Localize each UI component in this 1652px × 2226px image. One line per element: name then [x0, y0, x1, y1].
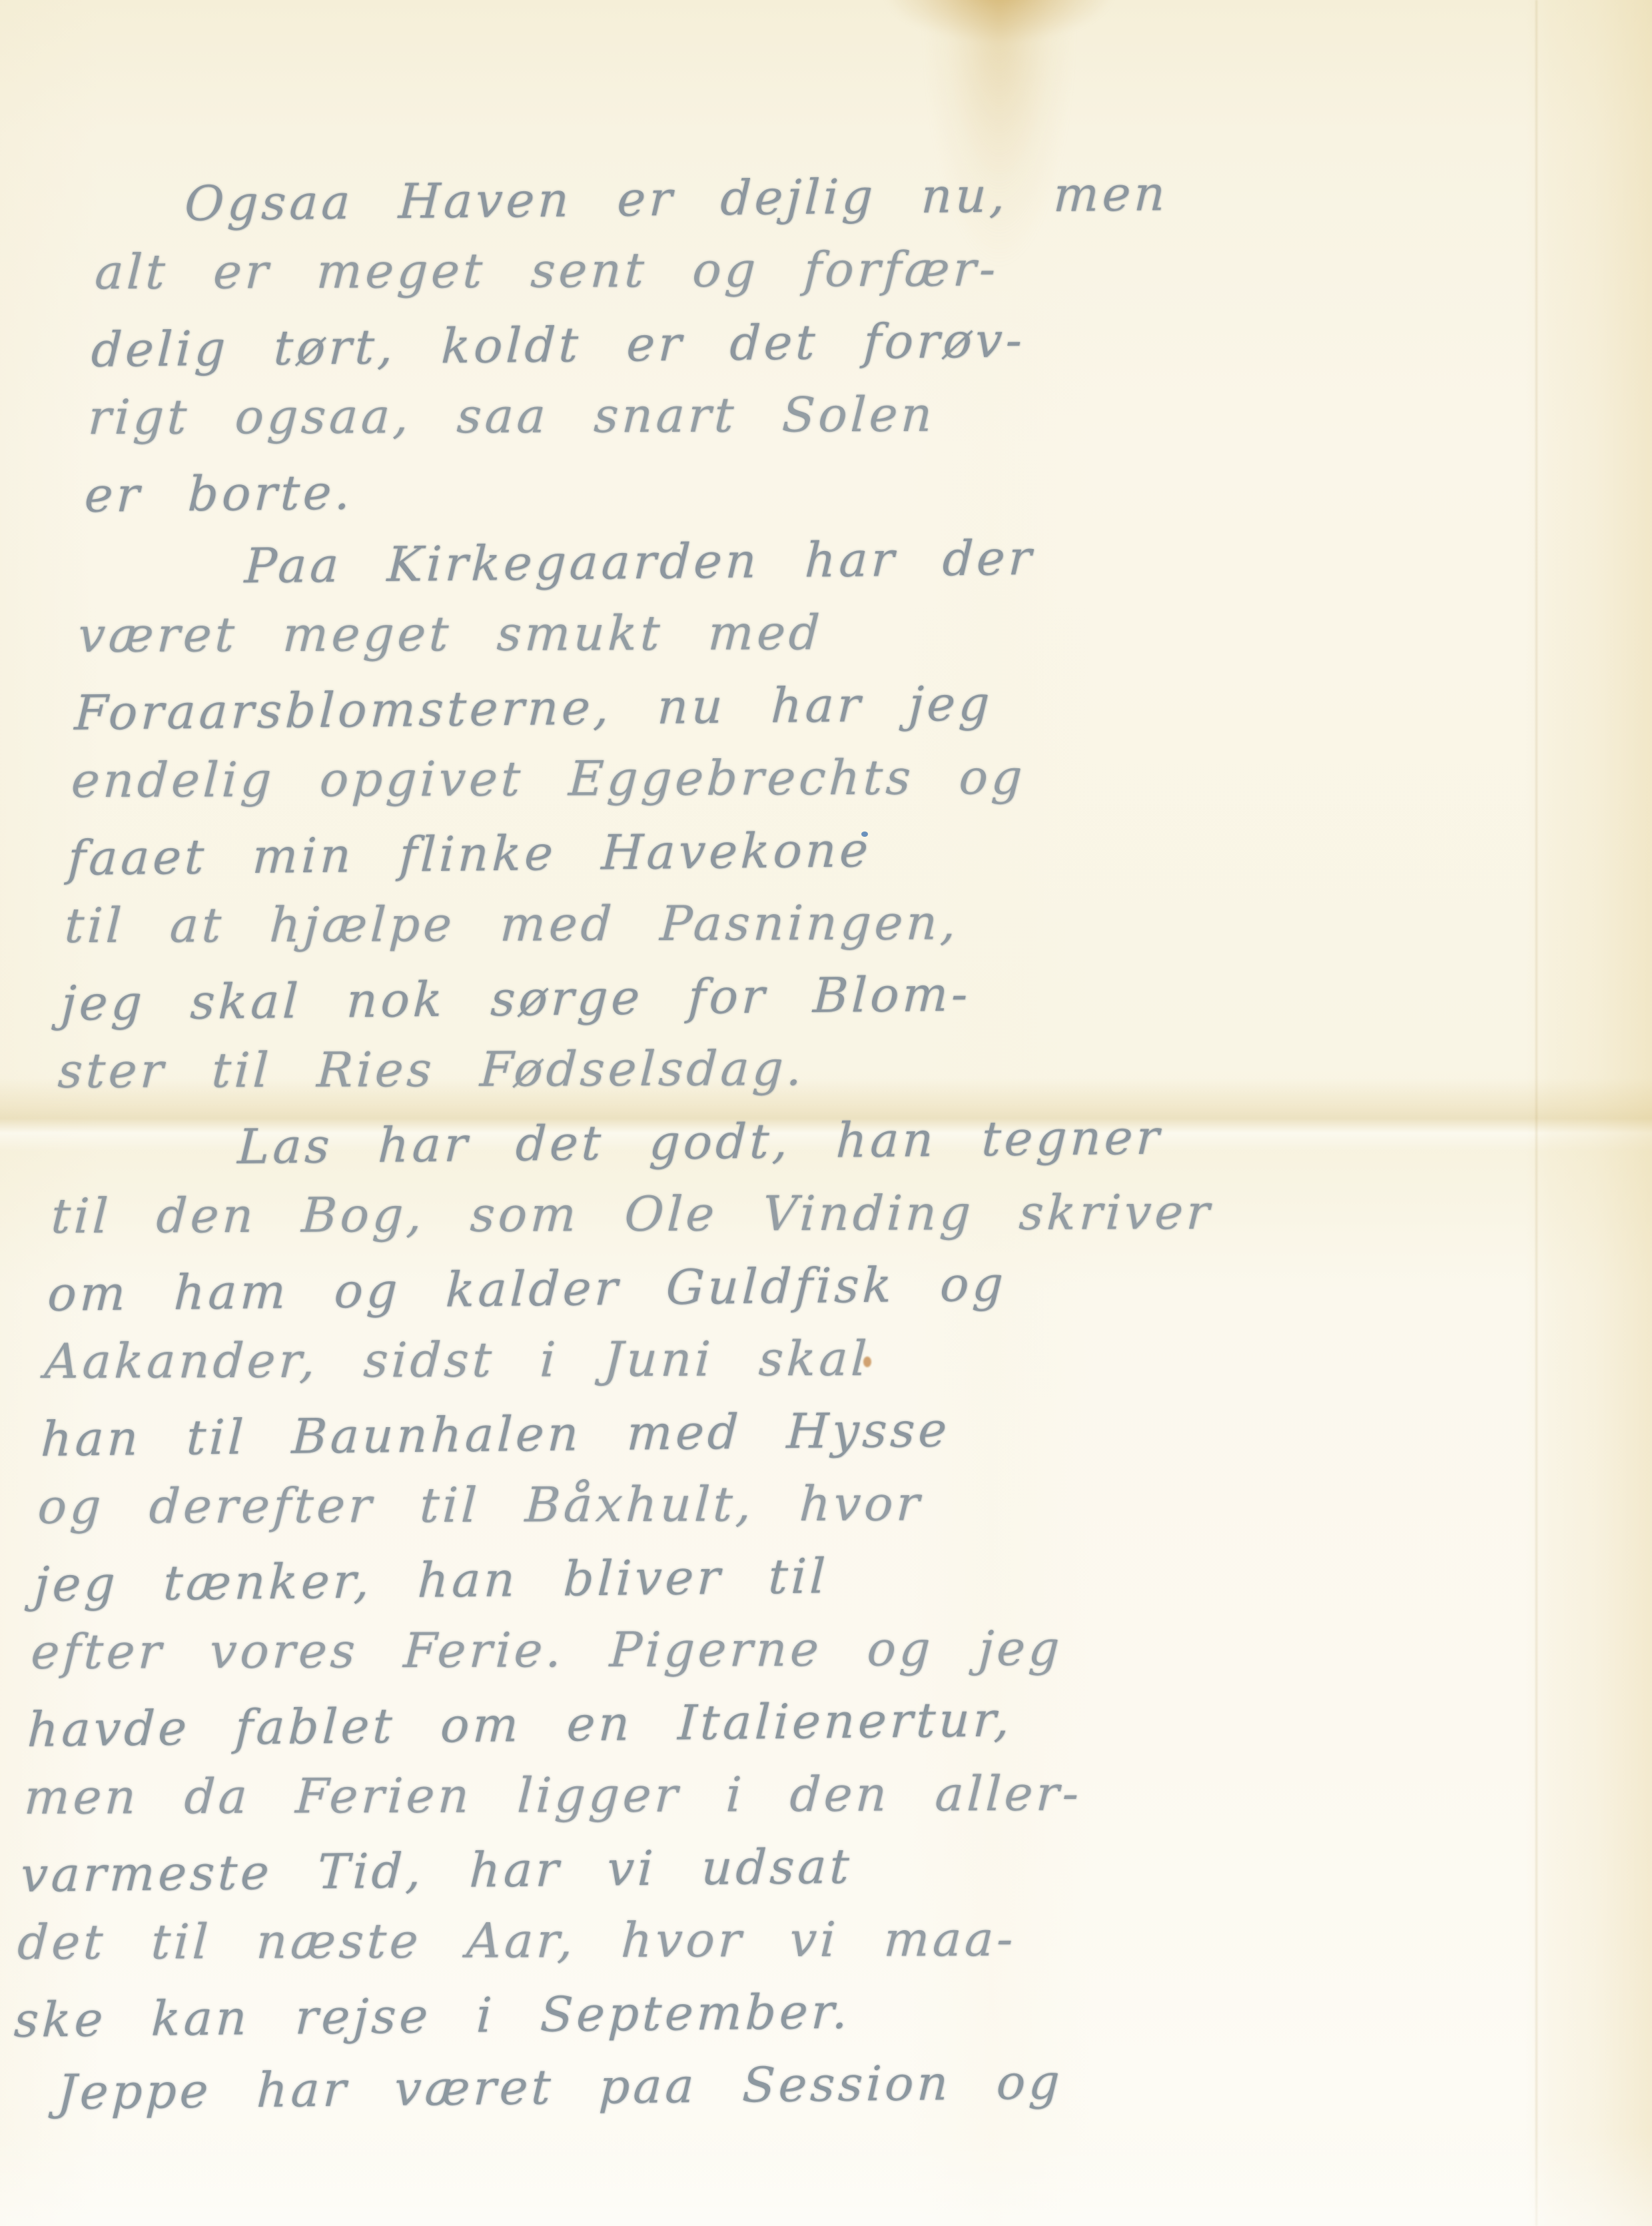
handwritten-line: Las har det godt, han tegner [53, 1097, 1542, 1185]
handwritten-line: men da Ferien ligger i den aller- [23, 1756, 1512, 1834]
letter-page: Ogsaa Haven er dejlig nu, menalt er mege… [0, 0, 1652, 2226]
handwritten-line: havde fablet om en Italienertur, [26, 1678, 1515, 1766]
handwritten-line: Jeppe har været paa Session og [9, 2041, 1499, 2129]
letter-paragraph: Paa Kirkegaarden har derværet meget smuk… [56, 519, 1569, 1109]
handwritten-line: det til næste Aar, hvor vi maa- [16, 1901, 1505, 1979]
handwritten-line: Foraarsblomsterne, nu har jeg [73, 662, 1563, 750]
handwritten-line: jeg tænker, han bliver til [33, 1532, 1522, 1620]
bottom-scan-edge [0, 2133, 1652, 2226]
handwritten-line: faaet min flinke Havekone [67, 806, 1556, 894]
handwritten-line: været meget smukt med [77, 594, 1566, 672]
handwritten-line: til den Bog, som Ole Vinding skriver [49, 1175, 1539, 1253]
handwritten-line: jeg skal nok sørge for Blom- [59, 951, 1549, 1039]
handwritten-line: alt er meget sent og forfær- [93, 231, 1583, 308]
handwritten-line: til at hjælpe med Pasningen, [63, 884, 1552, 962]
handwritten-line: og derefter til Båxhult, hvor [36, 1465, 1525, 1543]
handwritten-line: delig tørt, koldt er det forøv- [90, 298, 1579, 386]
handwritten-line: Ogsaa Haven er dejlig nu, men [97, 153, 1586, 241]
handwritten-line: han til Baunhalen med Hysse [39, 1387, 1529, 1475]
letter-paragraph: Jeppe har været paa Session og [9, 2044, 1499, 2126]
handwritten-line: om ham og kalder Guldfisk og [46, 1242, 1535, 1330]
handwritten-text-block: Ogsaa Haven er dejlig nu, menalt er mege… [9, 156, 1586, 2126]
letter-paragraph: Las har det godt, han tegnertil den Bog,… [13, 1100, 1542, 2053]
handwritten-line: varmeste Tid, har vi udsat [19, 1823, 1509, 1911]
handwritten-line: Aakander, sidst i Juni skal [43, 1320, 1532, 1398]
letter-paragraph: Ogsaa Haven er dejlig nu, menalt er mege… [83, 156, 1586, 528]
handwritten-line: ster til Ries Fødselsdag. [56, 1029, 1545, 1107]
handwritten-line: rigt ogsaa, saa snart Solen [87, 376, 1576, 454]
handwritten-line: Paa Kirkegaarden har der [80, 516, 1569, 604]
handwritten-line: endelig opgivet Eggebrechts og [70, 739, 1559, 817]
handwritten-line: efter vores Ferie. Pigerne og jeg [29, 1610, 1519, 1688]
